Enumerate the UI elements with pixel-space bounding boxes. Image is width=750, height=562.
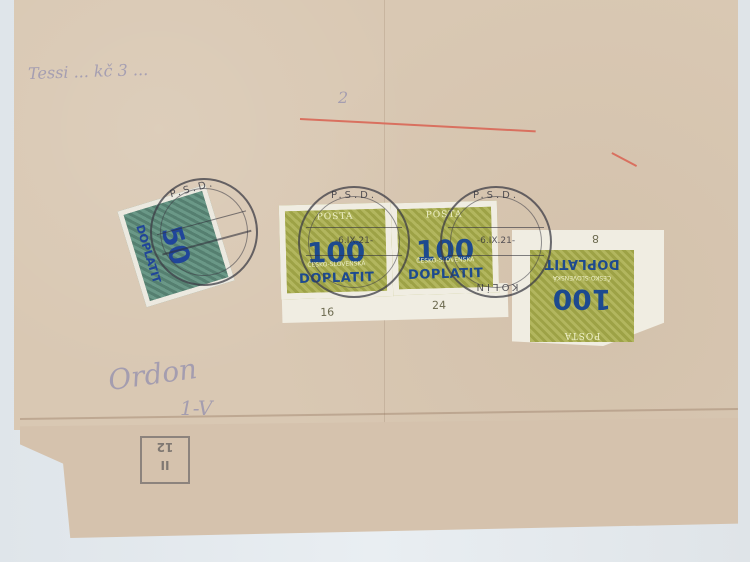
postmark-cancel: P.S.D. -6.IX.21- KOLÍN	[440, 186, 552, 298]
postmark-date: -6.IX.21-	[442, 236, 550, 246]
postmark-town: P.S.D.	[300, 190, 408, 201]
boxed-mark-top: 12	[142, 438, 188, 456]
postmark-date: -6.IX.21-	[300, 236, 408, 246]
postmark-bar	[306, 255, 402, 257]
boxed-mark-bottom: II	[142, 456, 188, 474]
stamp-country: ČESKO-SLOVENSKÁ	[530, 274, 634, 281]
postmark-bar	[306, 227, 402, 229]
postmark-town: P.S.D.	[442, 190, 550, 201]
handwritten-top-mark: 2	[338, 88, 348, 107]
postmark-place: KOLÍN	[442, 281, 550, 292]
margin-number: 8	[592, 232, 599, 245]
margin-number: 16	[320, 306, 334, 319]
stamp-header: POSTA	[530, 330, 634, 340]
margin-number: 24	[432, 299, 446, 312]
postmark-cancel: P.S.D. -6.IX.21-	[298, 186, 410, 298]
postmark-bar	[448, 255, 544, 257]
postmark-bar	[448, 227, 544, 229]
folded-flap	[20, 418, 738, 538]
handwritten-mark: 1-V	[180, 396, 212, 420]
boxed-mark: 12 II	[140, 436, 190, 484]
